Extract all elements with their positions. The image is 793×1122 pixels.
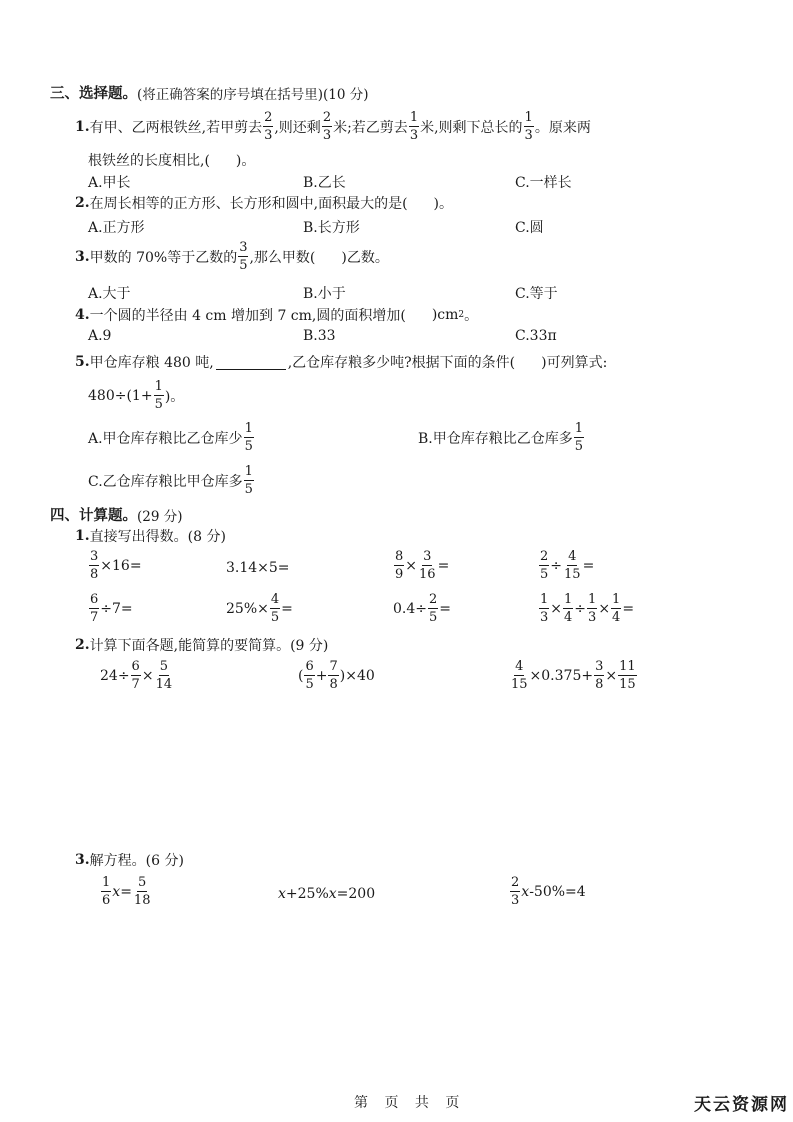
math-text: 3.14×5= bbox=[226, 560, 290, 576]
part-title: 计算下面各题,能简算的要简算。(9 分) bbox=[90, 635, 329, 655]
question-text: 根铁丝的长度相比,( bbox=[88, 150, 210, 170]
fraction: 25 bbox=[428, 593, 438, 624]
denominator: 8 bbox=[594, 676, 604, 691]
numerator: 5 bbox=[159, 660, 169, 676]
denominator: 5 bbox=[574, 438, 584, 453]
question-text: 甲仓库存粮 480 吨, bbox=[90, 352, 214, 372]
numerator: 1 bbox=[563, 593, 573, 609]
question-text: ,则还剩 bbox=[274, 117, 320, 137]
numerator: 5 bbox=[137, 876, 147, 892]
denominator: 5 bbox=[304, 676, 314, 691]
math-text: +25% bbox=[286, 886, 329, 902]
question-2: 2. 在周长相等的正方形、长方形和圆中,面积最大的是( )。 bbox=[75, 193, 453, 213]
option-a: A.9 bbox=[88, 328, 111, 344]
denominator: 5 bbox=[428, 609, 438, 624]
numerator: 2 bbox=[510, 876, 520, 892]
numerator: 1 bbox=[574, 422, 584, 438]
numerator: 3 bbox=[89, 550, 99, 566]
question-number: 2. bbox=[75, 195, 90, 211]
option-b: B.乙长 bbox=[303, 172, 346, 192]
denominator: 3 bbox=[409, 127, 419, 142]
calc-item: 13 × 14 ÷ 13 × 14 = bbox=[538, 593, 634, 624]
expression-1: 24÷ 67 × 514 bbox=[100, 660, 174, 691]
fraction: 415 bbox=[510, 660, 529, 691]
fraction: 514 bbox=[155, 660, 174, 691]
denominator: 5 bbox=[238, 257, 248, 272]
calc-item: 3.14×5= bbox=[226, 560, 290, 576]
denominator: 8 bbox=[89, 566, 99, 581]
calc-item: 38 ×16= bbox=[88, 550, 142, 581]
denominator: 15 bbox=[618, 676, 637, 691]
expression-3: 415 ×0.375+ 38 × 1115 bbox=[509, 660, 638, 691]
formula: 480÷(1+ 15 )。 bbox=[88, 380, 184, 411]
fraction: 15 bbox=[154, 380, 164, 411]
question-number: 4. bbox=[75, 307, 90, 323]
math-text: × bbox=[142, 668, 154, 684]
option-c: C.乙仓库存粮比甲仓库多 15 bbox=[88, 465, 255, 496]
question-1: 1. 有甲、乙两根铁丝,若甲剪去 23 ,则还剩 23 米;若乙剪去 13 米,… bbox=[75, 111, 591, 142]
section-3-heading: 三、选择题。 (将正确答案的序号填在括号里)(10 分) bbox=[50, 82, 369, 103]
option-b: B.33 bbox=[303, 328, 336, 344]
numerator: 1 bbox=[539, 593, 549, 609]
denominator: 8 bbox=[328, 676, 338, 691]
option-b: B.甲仓库存粮比乙仓库多 15 bbox=[418, 422, 585, 453]
math-text: ÷7= bbox=[100, 601, 132, 617]
option-text: A.甲仓库存粮比乙仓库少 bbox=[88, 428, 243, 448]
numerator: 2 bbox=[263, 111, 273, 127]
numerator: 4 bbox=[567, 550, 577, 566]
denominator: 14 bbox=[155, 676, 174, 691]
question-text: 。原来两 bbox=[535, 117, 591, 137]
numerator: 1 bbox=[244, 465, 254, 481]
fraction: 16 bbox=[101, 876, 111, 907]
denominator: 18 bbox=[133, 892, 152, 907]
fraction: 15 bbox=[244, 465, 254, 496]
part-1-heading: 1. 直接写出得数。(8 分) bbox=[75, 526, 226, 546]
denominator: 6 bbox=[101, 892, 111, 907]
denominator: 7 bbox=[89, 609, 99, 624]
math-text: x bbox=[329, 886, 337, 902]
math-text: 0.4÷ bbox=[393, 601, 427, 617]
part-2-heading: 2. 计算下面各题,能简算的要简算。(9 分) bbox=[75, 635, 328, 655]
section-4-heading: 四、计算题。 (29 分) bbox=[50, 504, 183, 525]
question-text: )乙数。 bbox=[341, 247, 388, 267]
fill-in-blank[interactable] bbox=[216, 355, 286, 370]
equation-2: x +25% x =200 bbox=[278, 886, 375, 902]
fraction: 35 bbox=[238, 241, 248, 272]
math-text: )×40 bbox=[340, 668, 375, 684]
question-number: 2. bbox=[75, 637, 90, 653]
calc-item: 25%× 45 = bbox=[226, 593, 293, 624]
calc-item: 0.4÷ 25 = bbox=[393, 593, 451, 624]
denominator: 5 bbox=[270, 609, 280, 624]
calc-item: 25 ÷ 415 = bbox=[538, 550, 594, 581]
math-text: × bbox=[598, 601, 610, 617]
numerator: 1 bbox=[244, 422, 254, 438]
fraction: 23 bbox=[322, 111, 332, 142]
fraction: 415 bbox=[563, 550, 582, 581]
fraction: 15 bbox=[244, 422, 254, 453]
fraction: 38 bbox=[594, 660, 604, 691]
question-text: 在周长相等的正方形、长方形和圆中,面积最大的是( bbox=[90, 193, 408, 213]
math-text: ÷ bbox=[574, 601, 586, 617]
question-4: 4. 一个圆的半径由 4 cm 增加到 7 cm,圆的面积增加( )cm2 。 bbox=[75, 305, 478, 325]
numerator: 3 bbox=[594, 660, 604, 676]
fraction: 23 bbox=[510, 876, 520, 907]
formula-text: 480÷(1+ bbox=[88, 388, 153, 404]
equation-3: 23 x -50%=4 bbox=[509, 876, 586, 907]
math-text: ×16= bbox=[100, 558, 141, 574]
section-3-title: 三、选择题。 bbox=[50, 82, 137, 103]
math-text: = bbox=[439, 601, 451, 617]
numerator: 4 bbox=[514, 660, 524, 676]
numerator: 1 bbox=[524, 111, 534, 127]
fraction: 67 bbox=[131, 660, 141, 691]
numerator: 1 bbox=[154, 380, 164, 396]
option-a: A.大于 bbox=[88, 283, 131, 303]
option-c: C.一样长 bbox=[515, 172, 572, 192]
fraction: 38 bbox=[89, 550, 99, 581]
option-a: A.甲长 bbox=[88, 172, 131, 192]
denominator: 4 bbox=[563, 609, 573, 624]
math-text: × bbox=[550, 601, 562, 617]
math-text: = bbox=[120, 884, 132, 900]
fraction: 13 bbox=[524, 111, 534, 142]
part-title: 直接写出得数。(8 分) bbox=[90, 526, 226, 546]
math-text: ( bbox=[298, 668, 303, 684]
math-text: x bbox=[521, 884, 529, 900]
fraction: 13 bbox=[539, 593, 549, 624]
calc-item: 89 × 316 = bbox=[393, 550, 449, 581]
option-b: B.小于 bbox=[303, 283, 346, 303]
option-text: B.甲仓库存粮比乙仓库多 bbox=[418, 428, 573, 448]
math-text: 24÷ bbox=[100, 668, 130, 684]
denominator: 15 bbox=[510, 676, 529, 691]
question-text: 一个圆的半径由 4 cm 增加到 7 cm,圆的面积增加( bbox=[90, 305, 406, 325]
question-text: 。 bbox=[464, 305, 478, 325]
section-3-note: (将正确答案的序号填在括号里)(10 分) bbox=[137, 83, 369, 103]
question-text: 米;若乙剪去 bbox=[333, 117, 408, 137]
question-number: 3. bbox=[75, 852, 90, 868]
option-a: A.甲仓库存粮比乙仓库少 15 bbox=[88, 422, 255, 453]
question-text: 米,则剩下总长的 bbox=[420, 117, 522, 137]
denominator: 5 bbox=[244, 481, 254, 496]
part-title: 解方程。(6 分) bbox=[90, 850, 184, 870]
watermark-brand: 天云资源网 bbox=[694, 1090, 789, 1115]
denominator: 3 bbox=[524, 127, 534, 142]
math-text: -50%=4 bbox=[529, 884, 586, 900]
fraction: 23 bbox=[263, 111, 273, 142]
numerator: 4 bbox=[270, 593, 280, 609]
denominator: 3 bbox=[263, 127, 273, 142]
numerator: 1 bbox=[101, 876, 111, 892]
math-text: =200 bbox=[337, 886, 375, 902]
denominator: 3 bbox=[322, 127, 332, 142]
page-number-label: 第 页 共 页 bbox=[354, 1092, 465, 1112]
denominator: 15 bbox=[563, 566, 582, 581]
numerator: 1 bbox=[587, 593, 597, 609]
fraction: 89 bbox=[394, 550, 404, 581]
fraction: 65 bbox=[304, 660, 314, 691]
numerator: 3 bbox=[238, 241, 248, 257]
question-text: ,乙仓库存粮多少吨?根据下面的条件( bbox=[288, 352, 515, 372]
question-5: 5. 甲仓库存粮 480 吨, ,乙仓库存粮多少吨?根据下面的条件( )可列算式… bbox=[75, 352, 607, 372]
section-4-title: 四、计算题。 bbox=[50, 504, 137, 525]
denominator: 5 bbox=[154, 396, 164, 411]
math-text: = bbox=[622, 601, 634, 617]
fraction: 25 bbox=[539, 550, 549, 581]
math-text: x bbox=[278, 886, 286, 902]
denominator: 5 bbox=[539, 566, 549, 581]
question-number: 5. bbox=[75, 354, 90, 370]
numerator: 1 bbox=[409, 111, 419, 127]
denominator: 16 bbox=[418, 566, 437, 581]
numerator: 8 bbox=[394, 550, 404, 566]
fraction: 316 bbox=[418, 550, 437, 581]
question-text: )可列算式: bbox=[541, 352, 607, 372]
section-4-note: (29 分) bbox=[137, 505, 183, 525]
fraction: 1115 bbox=[618, 660, 637, 691]
math-text: = bbox=[583, 558, 595, 574]
numerator: 2 bbox=[322, 111, 332, 127]
question-text: 有甲、乙两根铁丝,若甲剪去 bbox=[90, 117, 262, 137]
formula-text: )。 bbox=[165, 386, 184, 406]
question-number: 1. bbox=[75, 119, 90, 135]
numerator: 3 bbox=[422, 550, 432, 566]
option-text: C.乙仓库存粮比甲仓库多 bbox=[88, 471, 243, 491]
question-text: )。 bbox=[434, 193, 453, 213]
option-a: A.正方形 bbox=[88, 217, 145, 237]
denominator: 3 bbox=[510, 892, 520, 907]
numerator: 2 bbox=[539, 550, 549, 566]
question-1-line-2: 根铁丝的长度相比,( )。 bbox=[88, 150, 255, 170]
numerator: 1 bbox=[611, 593, 621, 609]
denominator: 5 bbox=[244, 438, 254, 453]
numerator: 2 bbox=[428, 593, 438, 609]
question-3: 3. 甲数的 70%等于乙数的 35 ,那么甲数( )乙数。 bbox=[75, 241, 389, 272]
denominator: 3 bbox=[539, 609, 549, 624]
equation-1: 16 x = 518 bbox=[100, 876, 152, 907]
fraction: 15 bbox=[574, 422, 584, 453]
math-text: + bbox=[316, 668, 328, 684]
fraction: 14 bbox=[563, 593, 573, 624]
fraction: 67 bbox=[89, 593, 99, 624]
option-b: B.长方形 bbox=[303, 217, 360, 237]
denominator: 4 bbox=[611, 609, 621, 624]
math-text: ×0.375+ bbox=[530, 668, 594, 684]
fraction: 45 bbox=[270, 593, 280, 624]
fraction: 78 bbox=[328, 660, 338, 691]
numerator: 11 bbox=[618, 660, 637, 676]
option-c: C.等于 bbox=[515, 283, 558, 303]
math-text: = bbox=[281, 601, 293, 617]
question-text: ,那么甲数( bbox=[249, 247, 315, 267]
question-number: 3. bbox=[75, 249, 90, 265]
question-number: 1. bbox=[75, 528, 90, 544]
expression-2: ( 65 + 78 )×40 bbox=[298, 660, 375, 691]
denominator: 9 bbox=[394, 566, 404, 581]
question-text: )cm bbox=[432, 307, 459, 323]
math-text: × bbox=[405, 558, 417, 574]
calc-item: 67 ÷7= bbox=[88, 593, 133, 624]
math-text: ÷ bbox=[550, 558, 562, 574]
denominator: 7 bbox=[131, 676, 141, 691]
question-text: 甲数的 70%等于乙数的 bbox=[90, 247, 238, 267]
math-text: x bbox=[112, 884, 120, 900]
numerator: 6 bbox=[89, 593, 99, 609]
math-text: 25%× bbox=[226, 601, 269, 617]
option-c: C.33π bbox=[515, 328, 557, 344]
numerator: 6 bbox=[131, 660, 141, 676]
numerator: 7 bbox=[328, 660, 338, 676]
math-text: × bbox=[605, 668, 617, 684]
fraction: 13 bbox=[409, 111, 419, 142]
fraction: 14 bbox=[611, 593, 621, 624]
fraction: 13 bbox=[587, 593, 597, 624]
fraction: 518 bbox=[133, 876, 152, 907]
numerator: 6 bbox=[304, 660, 314, 676]
math-text: = bbox=[438, 558, 450, 574]
option-c: C.圆 bbox=[515, 217, 544, 237]
part-3-heading: 3. 解方程。(6 分) bbox=[75, 850, 184, 870]
denominator: 3 bbox=[587, 609, 597, 624]
question-text: )。 bbox=[236, 150, 255, 170]
